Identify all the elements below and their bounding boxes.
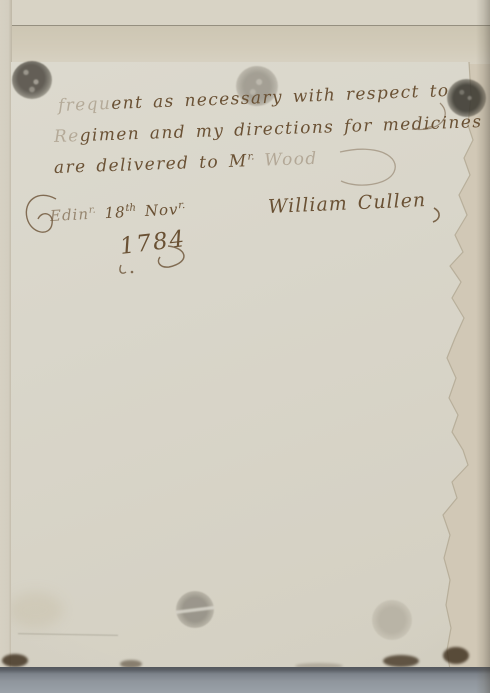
photo-right-edge-shadow [476, 0, 490, 693]
ink-blot-bottom-right [372, 600, 412, 640]
page-fold-band [0, 25, 490, 64]
dateline-place: Edinr. [50, 205, 97, 225]
ink-blot-top-left [12, 61, 52, 99]
upper-page-edge [0, 0, 490, 26]
scorch-mark [2, 654, 28, 667]
manuscript-letter-photo: frequent as necessary with respect to Re… [0, 0, 490, 693]
dateline-day: 18 [95, 203, 126, 223]
dateline-place-text: Edin [50, 205, 90, 225]
letter-line-1-faded-fragment: frequ [58, 94, 112, 116]
table-surface [0, 667, 490, 693]
dateline-place-superscript: r. [88, 205, 95, 216]
dateline-month-superscript: r. [178, 200, 185, 211]
scorch-mark [443, 647, 469, 664]
letter-line-2-faded-fragment: Re [54, 126, 80, 147]
ink-blot-bottom-left [176, 591, 214, 628]
dateline-month: Nov [136, 200, 179, 220]
binding-edge [0, 0, 12, 693]
scorch-mark [383, 655, 419, 667]
letter-line-3-superscript: r. [247, 151, 254, 162]
letter-line-3-recipient-name: Wood [254, 149, 318, 171]
paper-stain [8, 592, 63, 628]
